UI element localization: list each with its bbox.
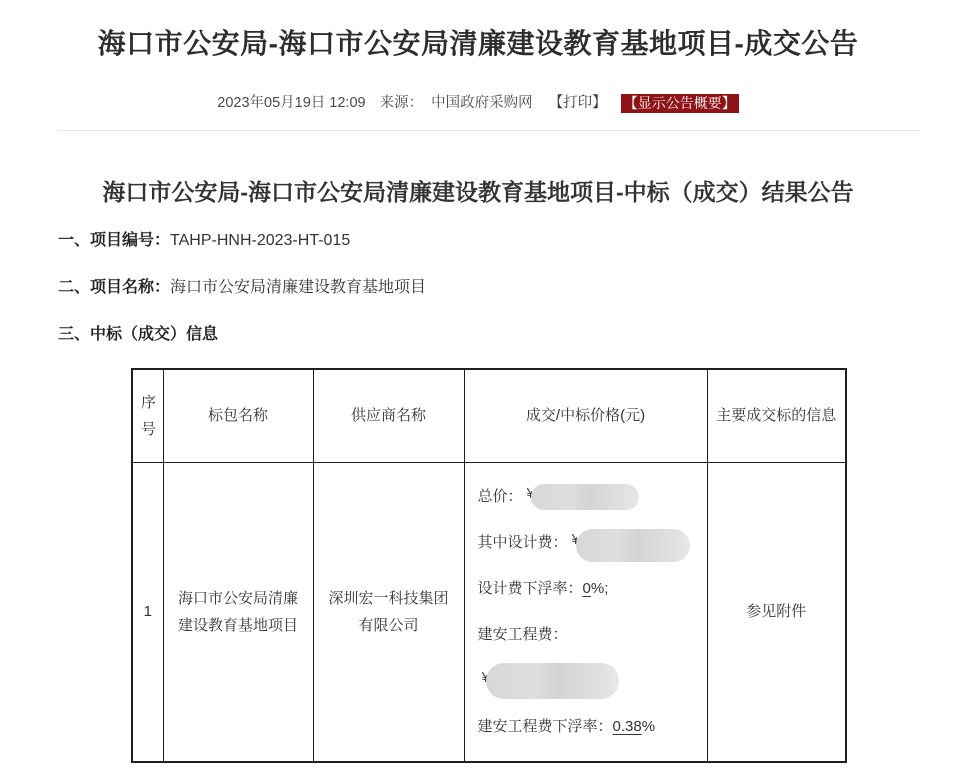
project-name-label: 二、项目名称	[58, 279, 154, 296]
col-header-package: 标包名称	[163, 369, 313, 462]
construction-discount-suffix: %	[642, 717, 655, 737]
cell-main-info: 参见附件	[707, 462, 846, 762]
construction-discount-label: 建安工程费下浮率：	[478, 717, 613, 737]
price-line-construction-fee-value: ¥	[478, 658, 699, 704]
price-line-construction-discount: 建安工程费下浮率： 0.38 %	[478, 704, 699, 750]
construction-discount-value: 0.38	[613, 717, 642, 737]
price-line-design-discount: 设计费下浮率： 0 %;	[478, 566, 699, 612]
table-header-row: 序号 标包名称 供应商名称 成交/中标价格(元) 主要成交标的信息	[132, 369, 846, 462]
source-label: 来源：	[380, 95, 424, 111]
print-button[interactable]: 【打印】	[549, 95, 607, 111]
announcement-page: 海口市公安局-海口市公安局清廉建设教育基地项目-成交公告 2023年05月19日…	[0, 22, 956, 784]
project-name-row: 二、项目名称：海口市公安局清廉建设教育基地项目	[58, 274, 956, 297]
col-header-info: 主要成交标的信息	[707, 369, 846, 462]
project-number-separator: ：	[154, 232, 170, 249]
col-header-price: 成交/中标价格(元)	[464, 369, 707, 462]
cell-price: 总价： ¥ 其中设计费： ¥ 设计费下浮率： 0 %;	[464, 462, 707, 762]
redaction-blob	[576, 529, 690, 562]
cell-supplier-name: 深圳宏一科技集团有限公司	[313, 462, 464, 762]
result-section-title: 海口市公安局-海口市公安局清廉建设教育基地项目-中标（成交）结果公告	[0, 174, 956, 207]
redaction-blob	[486, 663, 619, 699]
project-number-value: TAHP-HNH-2023-HT-015	[170, 232, 350, 249]
construction-fee-label: 建安工程费：	[478, 625, 568, 645]
publish-datetime: 2023年05月19日 12:09	[217, 95, 365, 111]
award-table: 序号 标包名称 供应商名称 成交/中标价格(元) 主要成交标的信息 1 海口市公…	[131, 368, 847, 763]
design-discount-suffix: %;	[591, 579, 609, 599]
project-number-label: 一、项目编号	[58, 232, 154, 249]
meta-bar: 2023年05月19日 12:09 来源： 中国政府采购网 【打印】 【显示公告…	[0, 93, 956, 113]
redaction-blob	[531, 484, 639, 510]
announcement-items: 一、项目编号：TAHP-HNH-2023-HT-015 二、项目名称：海口市公安…	[58, 227, 956, 344]
price-line-construction-fee-label: 建安工程费：	[478, 612, 699, 658]
show-summary-button[interactable]: 【显示公告概要】	[621, 94, 739, 113]
page-title: 海口市公安局-海口市公安局清廉建设教育基地项目-成交公告	[0, 22, 956, 62]
price-line-design-fee: 其中设计费： ¥	[478, 520, 699, 566]
table-row: 1 海口市公安局清廉建设教育基地项目 深圳宏一科技集团有限公司 总价： ¥ 其中…	[132, 462, 846, 762]
cell-package-name: 海口市公安局清廉建设教育基地项目	[163, 462, 313, 762]
project-name-value: 海口市公安局清廉建设教育基地项目	[170, 279, 426, 296]
col-header-supplier: 供应商名称	[313, 369, 464, 462]
design-discount-label: 设计费下浮率：	[478, 579, 583, 599]
design-discount-value: 0	[583, 579, 591, 599]
project-name-separator: ：	[154, 279, 170, 296]
source-name: 中国政府采购网	[431, 95, 533, 111]
col-header-seq: 序号	[132, 369, 163, 462]
cell-seq: 1	[132, 462, 163, 762]
design-fee-label: 其中设计费：	[478, 533, 568, 553]
price-total-label: 总价：	[478, 487, 523, 507]
project-number-row: 一、项目编号：TAHP-HNH-2023-HT-015	[58, 227, 956, 250]
award-info-heading: 三、中标（成交）信息	[58, 321, 956, 344]
divider	[58, 130, 920, 131]
price-line-total: 总价： ¥	[478, 474, 699, 520]
award-info-label: 三、中标（成交）信息	[58, 326, 218, 343]
